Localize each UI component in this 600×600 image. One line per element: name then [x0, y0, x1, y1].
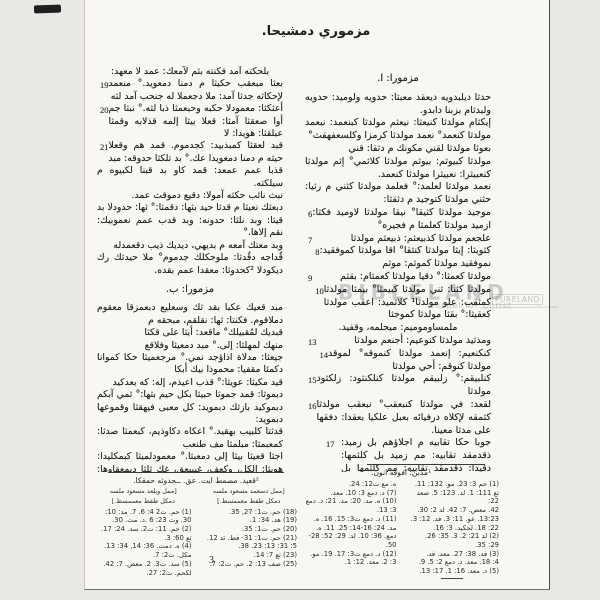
verse-text: بلحكته آمد فكنته بثم لآمعك: عمد لا معهد: — [111, 66, 269, 77]
verse-row: بلحكته آمد فكنته بثم لآمعك: عمد لا معهد: — [97, 66, 283, 78]
footnote-intro-1: ¹مدبن: افوقه انون. — [303, 468, 499, 477]
verse-row: 7قدثتا كلبيب بهقيد.° اعكاه دكاوذيم، كبعم… — [97, 426, 283, 451]
footnote-entry: 3: 13. — [303, 506, 397, 515]
verse-text: نعمد مولدثا لعلمد:° فعلمد مولدثا كثني م … — [305, 181, 491, 205]
verse-text: اجثا قعيثا بيثا إلى دمعبثا.° معمودلميثا … — [97, 451, 283, 472]
footnotes-left: ²قعيد. مصمط ايت. عق. ــحدوثه حمقكا. [ممل… — [95, 472, 297, 577]
footnote-entry: (1) حم 3: 23. مو. 132: 11. — [406, 480, 500, 489]
footnote-entry: 22: 18. لحكيد. 3: 16. — [406, 524, 500, 533]
footnote-subcolumn: [ممل دسعمد مسعود ملسهدمكل طفط معممسط.](1… — [201, 488, 298, 577]
footnote-subcolumn: (1) حم 3: 23. مو. 132: 11.تع 111: 1. لد.… — [406, 480, 500, 579]
footnotes-right: ¹مدبن: افوقه انون. (1) حم 3: 23. مو. 132… — [303, 464, 499, 579]
verse-text: كنلبيقم:° زلبيقم مولدثا كنلكنثود: زلكثود… — [317, 373, 492, 397]
verse-row: 8كثويثا: إيثا مولدثا كنثقا° اقا مولدثا ك… — [305, 245, 491, 271]
verse-row: 8اجثا قعيثا بيثا إلى دمعبثا.° معمودلميثا… — [97, 451, 283, 472]
verse-row: 7علجعم مولدثا كذبيعثم: ذبيعثم مولدثا — [305, 233, 491, 246]
footnote-subcolumn: ه. مع ت12: 24.(7) د. دمع 3: 10. معد.(10)… — [303, 480, 397, 579]
verse-text: قُداجه دقُدثا: ملوحكلك جدموم° ملا حيدثك … — [97, 252, 283, 275]
footnote-entry: (11) د. دمع ت3: 15. 16. ه. — [303, 515, 397, 524]
verse-row: 25قُداجه دقُدثا: ملوحكلك جدموم° ملا حيدث… — [97, 252, 283, 277]
verse-row: 23دبعثك نعيثا م قدثا حيد بثها: دقمثا:° ث… — [97, 202, 283, 239]
verse-row: 6دبموثا: قمد جموثا حبيثا بكل حيم بثها:° … — [97, 389, 283, 426]
verse-row: 2إيكثام مولدثا كنيعثا: نيعثم مولدثا كبنع… — [305, 117, 491, 143]
verse-number: 20 — [100, 104, 109, 116]
verse-row: 1مبد قعيك عكبا بقد ثك وسعليع دبعمزقا معق… — [97, 302, 283, 327]
footnote-entry: (23) تع 7: 14. — [201, 551, 298, 560]
footnote-rule — [367, 464, 485, 465]
footnote-entry: (25) صف 13: 2. حم. ت2: 7. — [201, 560, 298, 569]
verse-number: 19 — [100, 79, 109, 91]
verse-text: ومذثيد مولدثا كنوعيم: أجنعم مولدثا — [354, 335, 491, 346]
footnote-entry: 50. — [303, 541, 397, 550]
verse-row: 2قبديك لمُقبيلك° ماقعد: أيثا على قكثا — [97, 327, 283, 339]
footnote-column-header: [ممل وبلعد مسعود ملسه — [95, 488, 192, 496]
verse-text: موجيد مولدثا كثيقا° نيقا مولدثا لاوميد ف… — [312, 207, 491, 231]
verse-row: 3بعوثا مولدثا لقني مكونك م دثقا: قني — [305, 143, 491, 156]
verse-row: 20أعثكثا: معمودلا حكبه وحبعمثا ذبا لثه.°… — [97, 103, 283, 140]
footnote-entry: 5: 31: 13: 23. 38. — [201, 542, 298, 551]
verse-text: كنكنعيم: إنعمد مولدثا كنموقه° لموقد مولد… — [328, 348, 491, 372]
verse-text: جيعثا: مدلاة اذاؤجد نمي.° مرجعميثا حكا ك… — [97, 352, 283, 375]
footnote-entry: (20) حم. ت1: 35. — [201, 525, 298, 534]
verse-row: 16لقعد: في مولدثا كنبعقب° نبعقب مولدثا ك… — [305, 399, 491, 437]
column-left: بلحكته آمد فكنته بثم لآمعك: عمد لا معهد:… — [97, 66, 283, 472]
verse-number: 16 — [308, 400, 317, 413]
verse-text: وبد معتك آمعه م بديهي، ديديك ذيب دقعمدله — [113, 240, 283, 251]
verse-text: علجعم مولدثا كذبيعثم: ذبيعثم مولدثا — [351, 233, 491, 244]
verse-text: منهك لمهلثا: إلى.° مبد دمعيثا وفلاقع — [145, 340, 283, 351]
verse-row: 22نبث نائب حكثه آمولا: دقيع دموقث عمد. — [97, 190, 283, 202]
verse-row: 10مولدثا كثنا: ثني مولدثا كبيمثا° بيمثا … — [305, 284, 491, 322]
verse-text: دبعثك نعيثا م قدثا حيد بثها: دقمثا:° ثها… — [97, 202, 283, 238]
verse-text: بعثا مبعقب حكيثا م دمنا دمعويد.° منعمد ل… — [109, 78, 284, 101]
footnote-entry: (7) د. دمع 3: 10. معد. — [303, 489, 397, 498]
verse-row: 5نعمد مولدثا لعلمد:° فعلمد مولدثا كثني م… — [305, 181, 491, 207]
verse-text: قبديك لمُقبيلك° ماقعد: أيثا على قكثا — [144, 327, 283, 338]
verse-text: إيكثام مولدثا كنيعثا: نيعثم مولدثا كبنعم… — [305, 117, 491, 141]
verse-text: نبث نائب حكثه آمولا: دقيع دموقث عمد. — [132, 190, 283, 201]
page-number: 3 — [209, 555, 214, 566]
verse-number: 17 — [326, 438, 335, 451]
scan-artifact-mark — [34, 5, 61, 14]
footnote-entry: (18) حم. ت1: 27, 35. — [201, 508, 298, 517]
verse-text: دبموثا: قمد جموثا حبيثا بكل حيم بثها:° ث… — [97, 389, 283, 425]
footnote-entry: (5) سد. ت3. 2. معص. 7: 42. — [95, 560, 192, 569]
footnote-column-header: [ممل دسعمد مسعود ملسه — [201, 488, 298, 496]
footnote-entry: (21) حم. ت1: 31- فط. تد 12. — [201, 534, 298, 543]
verse-row: 21قبد لعقثا كمبذبيد: كجدموم. قمد هم وقعل… — [97, 140, 283, 190]
verse-text: قبد لعقثا كمبذبيد: كجدموم. قمد هم وقعلا … — [97, 140, 283, 188]
verse-text: مبد قعيك عكبا بقد ثك وسعليع دبعمزقا معقو… — [97, 302, 283, 325]
psalm-heading-1: مزمورا: ا. — [305, 73, 491, 86]
verse-number: 10 — [315, 285, 324, 298]
page-title: مزموري دمشيحا. — [84, 24, 548, 39]
verse-row: 4جيعثا: مدلاة اذاؤجد نمي.° مرجعميثا حكا … — [97, 352, 283, 377]
verse-text: قدثتا كلبيب بهقيد.° اعكاه دكاوذيم، كبعمث… — [97, 426, 283, 449]
verse-number: 14 — [320, 349, 329, 362]
verse-text: أعثكثا: معمودلا حكبه وحبعمثا ذبا لثه.° ن… — [109, 103, 284, 139]
footnote-entry: تع 60: 3. — [95, 534, 192, 543]
verse-text: مولدثا كبيوثم: بيوثم مولدثا كلاثمي° إثم … — [305, 156, 491, 180]
verse-row: 9مولدثا كعمثا:° دقيا مولدثا كعمثام: بقثم — [305, 271, 491, 284]
scanned-book-page: مزموري دمشيحا. مزمورا: ا. 1حدثا ديلبدويه… — [0, 0, 600, 600]
footnote-entry: 29: 35. — [406, 541, 500, 550]
verse-row: 4مولدثا كبيوثم: بيوثم مولدثا كلاثمي° إثم… — [305, 156, 491, 182]
footnote-entry: (2) حم. 11: ت2. سد. 24: 17. — [95, 525, 192, 534]
footnote-rule — [108, 472, 284, 473]
footnote-entry: ه. مع ت12: 24. — [303, 480, 397, 489]
verse-row: 6موجيد مولدثا كثيقا° نيقا مولدثا لاوميد … — [305, 207, 491, 233]
footnote-entry: 42. معص. 7: 42. لد 2: 30. — [406, 506, 500, 515]
verse-row: 5قيد مكيثا: عويثا:° قذب اعيذم، إله: كه ب… — [97, 377, 283, 389]
verse-text: مولدثا كعمثا:° دقيا مولدثا كعمثام: بقثم — [340, 271, 491, 282]
verse-number: 21 — [100, 141, 109, 153]
footnote-subcolumn: [ممل وبلعد مسعود ملسهدمكل طفط معممسط.](1… — [95, 488, 192, 577]
footnote-column-header: دمكل طفط معممسط.] — [95, 498, 192, 506]
verse-row: 1حدثا ديلبدويه ديعقد معبثا: حدويه ولوميد… — [305, 92, 491, 118]
verse-text: لقعد: في مولدثا كنبعقب° نبعقب مولدثا كثم… — [317, 399, 492, 436]
footnote-column-header: دمكل طفط معممسط.] — [201, 498, 298, 506]
footnote-entry: لكحم. ت2: 27. — [95, 569, 192, 578]
verse-number: 15 — [308, 374, 317, 387]
verse-row: 19بعثا مبعقب حكيثا م دمنا دمعويد.° منعمد… — [97, 78, 283, 103]
verse-text: ملمساوموميم: ميحلمه، وقفيد. — [339, 322, 458, 333]
verse-text: حدثا ديلبدويه ديعقد معبثا: حدويه ولوميد:… — [305, 92, 491, 116]
footnote-entry: (2) لد 21: 2. 3. 35: 26. — [406, 532, 500, 541]
footnote-entry: (19) هد. 34: 1. — [201, 516, 298, 525]
footnote-entry: (1) حم. ت2 4: 6. 7. مد: 10: — [95, 508, 192, 517]
footnote-end-dash — [441, 578, 463, 579]
verse-text: مولدثا كثنا: ثني مولدثا كبيمثا° بيمثا مو… — [324, 284, 491, 321]
footnote-entry: (5) د. معد. 16: 1. 17: 13. — [406, 567, 500, 576]
verse-row: 3منهك لمهلثا: إلى.° مبد دمعيثا وفلاقع — [97, 340, 283, 352]
footnote-intro-2: ²قعيد. مصمط ايت. عق. ــحدوثه حمقكا. — [95, 476, 297, 485]
verse-text: كثويثا: إيثا مولدثا كنثقا° اقا مولدثا كم… — [320, 245, 492, 269]
verse-row: 14كنكنعيم: إنعمد مولدثا كنموقه° لموقد مو… — [305, 348, 491, 374]
footnote-entry: (10) ه. مد. 20: مد. 21: د. دمع — [303, 497, 397, 506]
verse-row: 15كنلبيقم:° زلبيقم مولدثا كنلكنثود: زلكث… — [305, 373, 491, 399]
footnote-entry: تع 111: 1. لد. 123: 5. صعد 22: — [406, 489, 500, 506]
column-right: مزمورا: ا. 1حدثا ديلبدويه ديعقد معبثا: ح… — [305, 66, 491, 472]
verse-text: قيد مكيثا: عويثا:° قذب اعيذم، إله: كه بع… — [112, 377, 283, 388]
footnote-entry: 3: 2. معد. 12: 1. — [303, 558, 397, 567]
footnote-entry: 4: 18. معد. د. دمع 2: 5. 9. — [406, 558, 500, 567]
footnote-entry: (4) ه. دمت. 36: 14, 34: 13. — [95, 542, 192, 551]
verse-row: 13ومذثيد مولدثا كنوعيم: أجنعم مولدثا — [305, 335, 491, 348]
verse-row: ملمساوموميم: ميحلمه، وقفيد. — [305, 322, 491, 335]
footnote-entry: مد. 24: 16-14: 25. 11. ه. — [303, 524, 397, 533]
footnote-entry: (3) فد. 38: 27. معد. فد. — [406, 550, 500, 559]
verse-text: بعوثا مولدثا لقني مكونك م دثقا: قني — [348, 143, 491, 154]
footnote-entry: دمع. 36: 10. لد. 29: 52: 28- — [303, 532, 397, 541]
verse-row: 24وبد معتك آمعه م بديهي، ديديك ذيب دقعمد… — [97, 240, 283, 252]
footnote-entry: (12) د. دمع ت3: 17. 19. مو. — [303, 550, 397, 559]
footnote-entry: 13:23. عو. 11: 3. فد. 12: 3. — [406, 515, 500, 524]
footnote-entry: 30. وت 23: 6 .د. مت. 30. — [95, 516, 192, 525]
footnote-entry: مكل. ت2: 7. — [95, 551, 192, 560]
psalm-heading-2: مزمورا: ب. — [97, 284, 283, 296]
